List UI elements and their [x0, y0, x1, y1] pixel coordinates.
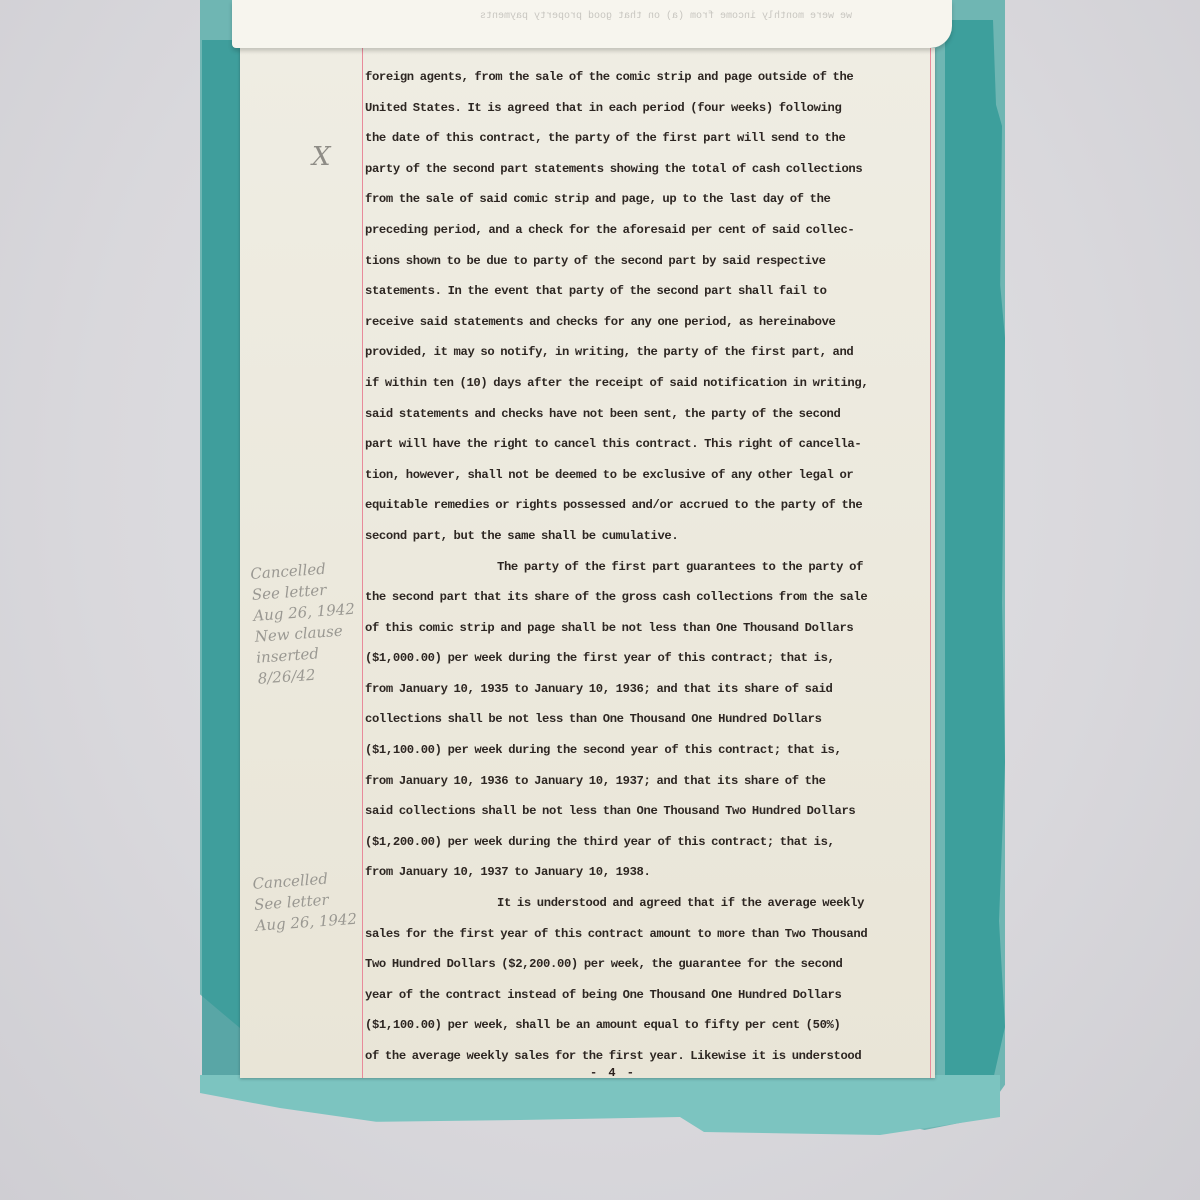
text-line: from January 10, 1935 to January 10, 193…: [365, 680, 925, 711]
text-line: Two Hundred Dollars ($2,200.00) per week…: [365, 955, 925, 986]
text-line: if within ten (10) days after the receip…: [365, 374, 925, 405]
bleed-through-text: we were monthly income from (a) on that …: [372, 10, 852, 24]
text-line: from January 10, 1936 to January 10, 193…: [365, 772, 925, 803]
text-line: of the average weekly sales for the firs…: [365, 1047, 925, 1078]
right-margin-rule: [930, 48, 931, 1078]
text-line: ($1,200.00) per week during the third ye…: [365, 833, 925, 864]
text-line: sales for the first year of this contrac…: [365, 925, 925, 956]
contract-page: X Cancelled See letter Aug 26, 1942 New …: [240, 48, 935, 1078]
text-line: preceding period, and a check for the af…: [365, 221, 925, 252]
pencil-check-mark: X: [312, 142, 331, 172]
text-line: the second part that its share of the gr…: [365, 588, 925, 619]
folder-left-edge: [202, 40, 242, 1080]
text-line: The party of the first part guarantees t…: [365, 558, 925, 589]
text-line: second part, but the same shall be cumul…: [365, 527, 925, 558]
text-line: part will have the right to cancel this …: [365, 435, 925, 466]
text-line: said statements and checks have not been…: [365, 405, 925, 436]
text-line: collections shall be not less than One T…: [365, 710, 925, 741]
contract-body-text: foreign agents, from the sale of the com…: [365, 68, 925, 1078]
text-line: year of the contract instead of being On…: [365, 986, 925, 1017]
text-line: party of the second part statements show…: [365, 160, 925, 191]
text-line: the date of this contract, the party of …: [365, 129, 925, 160]
text-line: equitable remedies or rights possessed a…: [365, 496, 925, 527]
text-line: receive said statements and checks for a…: [365, 313, 925, 344]
text-line: foreign agents, from the sale of the com…: [365, 68, 925, 99]
text-line: United States. It is agreed that in each…: [365, 99, 925, 130]
text-line: ($1,100.00) per week, shall be an amount…: [365, 1016, 925, 1047]
folder-right-edge: [945, 20, 1005, 1080]
margin-annotation-cancelled-new-clause: Cancelled See letter Aug 26, 1942 New cl…: [250, 556, 369, 689]
text-line: tions shown to be due to party of the se…: [365, 252, 925, 283]
text-line: from January 10, 1937 to January 10, 193…: [365, 863, 925, 894]
folder-bottom-fold: [200, 1075, 1000, 1135]
margin-annotation-cancelled: Cancelled See letter Aug 26, 1942: [252, 866, 366, 937]
text-line: from the sale of said comic strip and pa…: [365, 190, 925, 221]
text-line: provided, it may so notify, in writing, …: [365, 343, 925, 374]
text-line: It is understood and agreed that if the …: [365, 894, 925, 925]
text-line: of this comic strip and page shall be no…: [365, 619, 925, 650]
text-line: tion, however, shall not be deemed to be…: [365, 466, 925, 497]
text-line: statements. In the event that party of t…: [365, 282, 925, 313]
page-number: - 4 -: [590, 1066, 636, 1080]
text-line: said collections shall be not less than …: [365, 802, 925, 833]
text-line: ($1,100.00) per week during the second y…: [365, 741, 925, 772]
text-line: ($1,000.00) per week during the first ye…: [365, 649, 925, 680]
folded-previous-page: we were monthly income from (a) on that …: [232, 0, 952, 48]
